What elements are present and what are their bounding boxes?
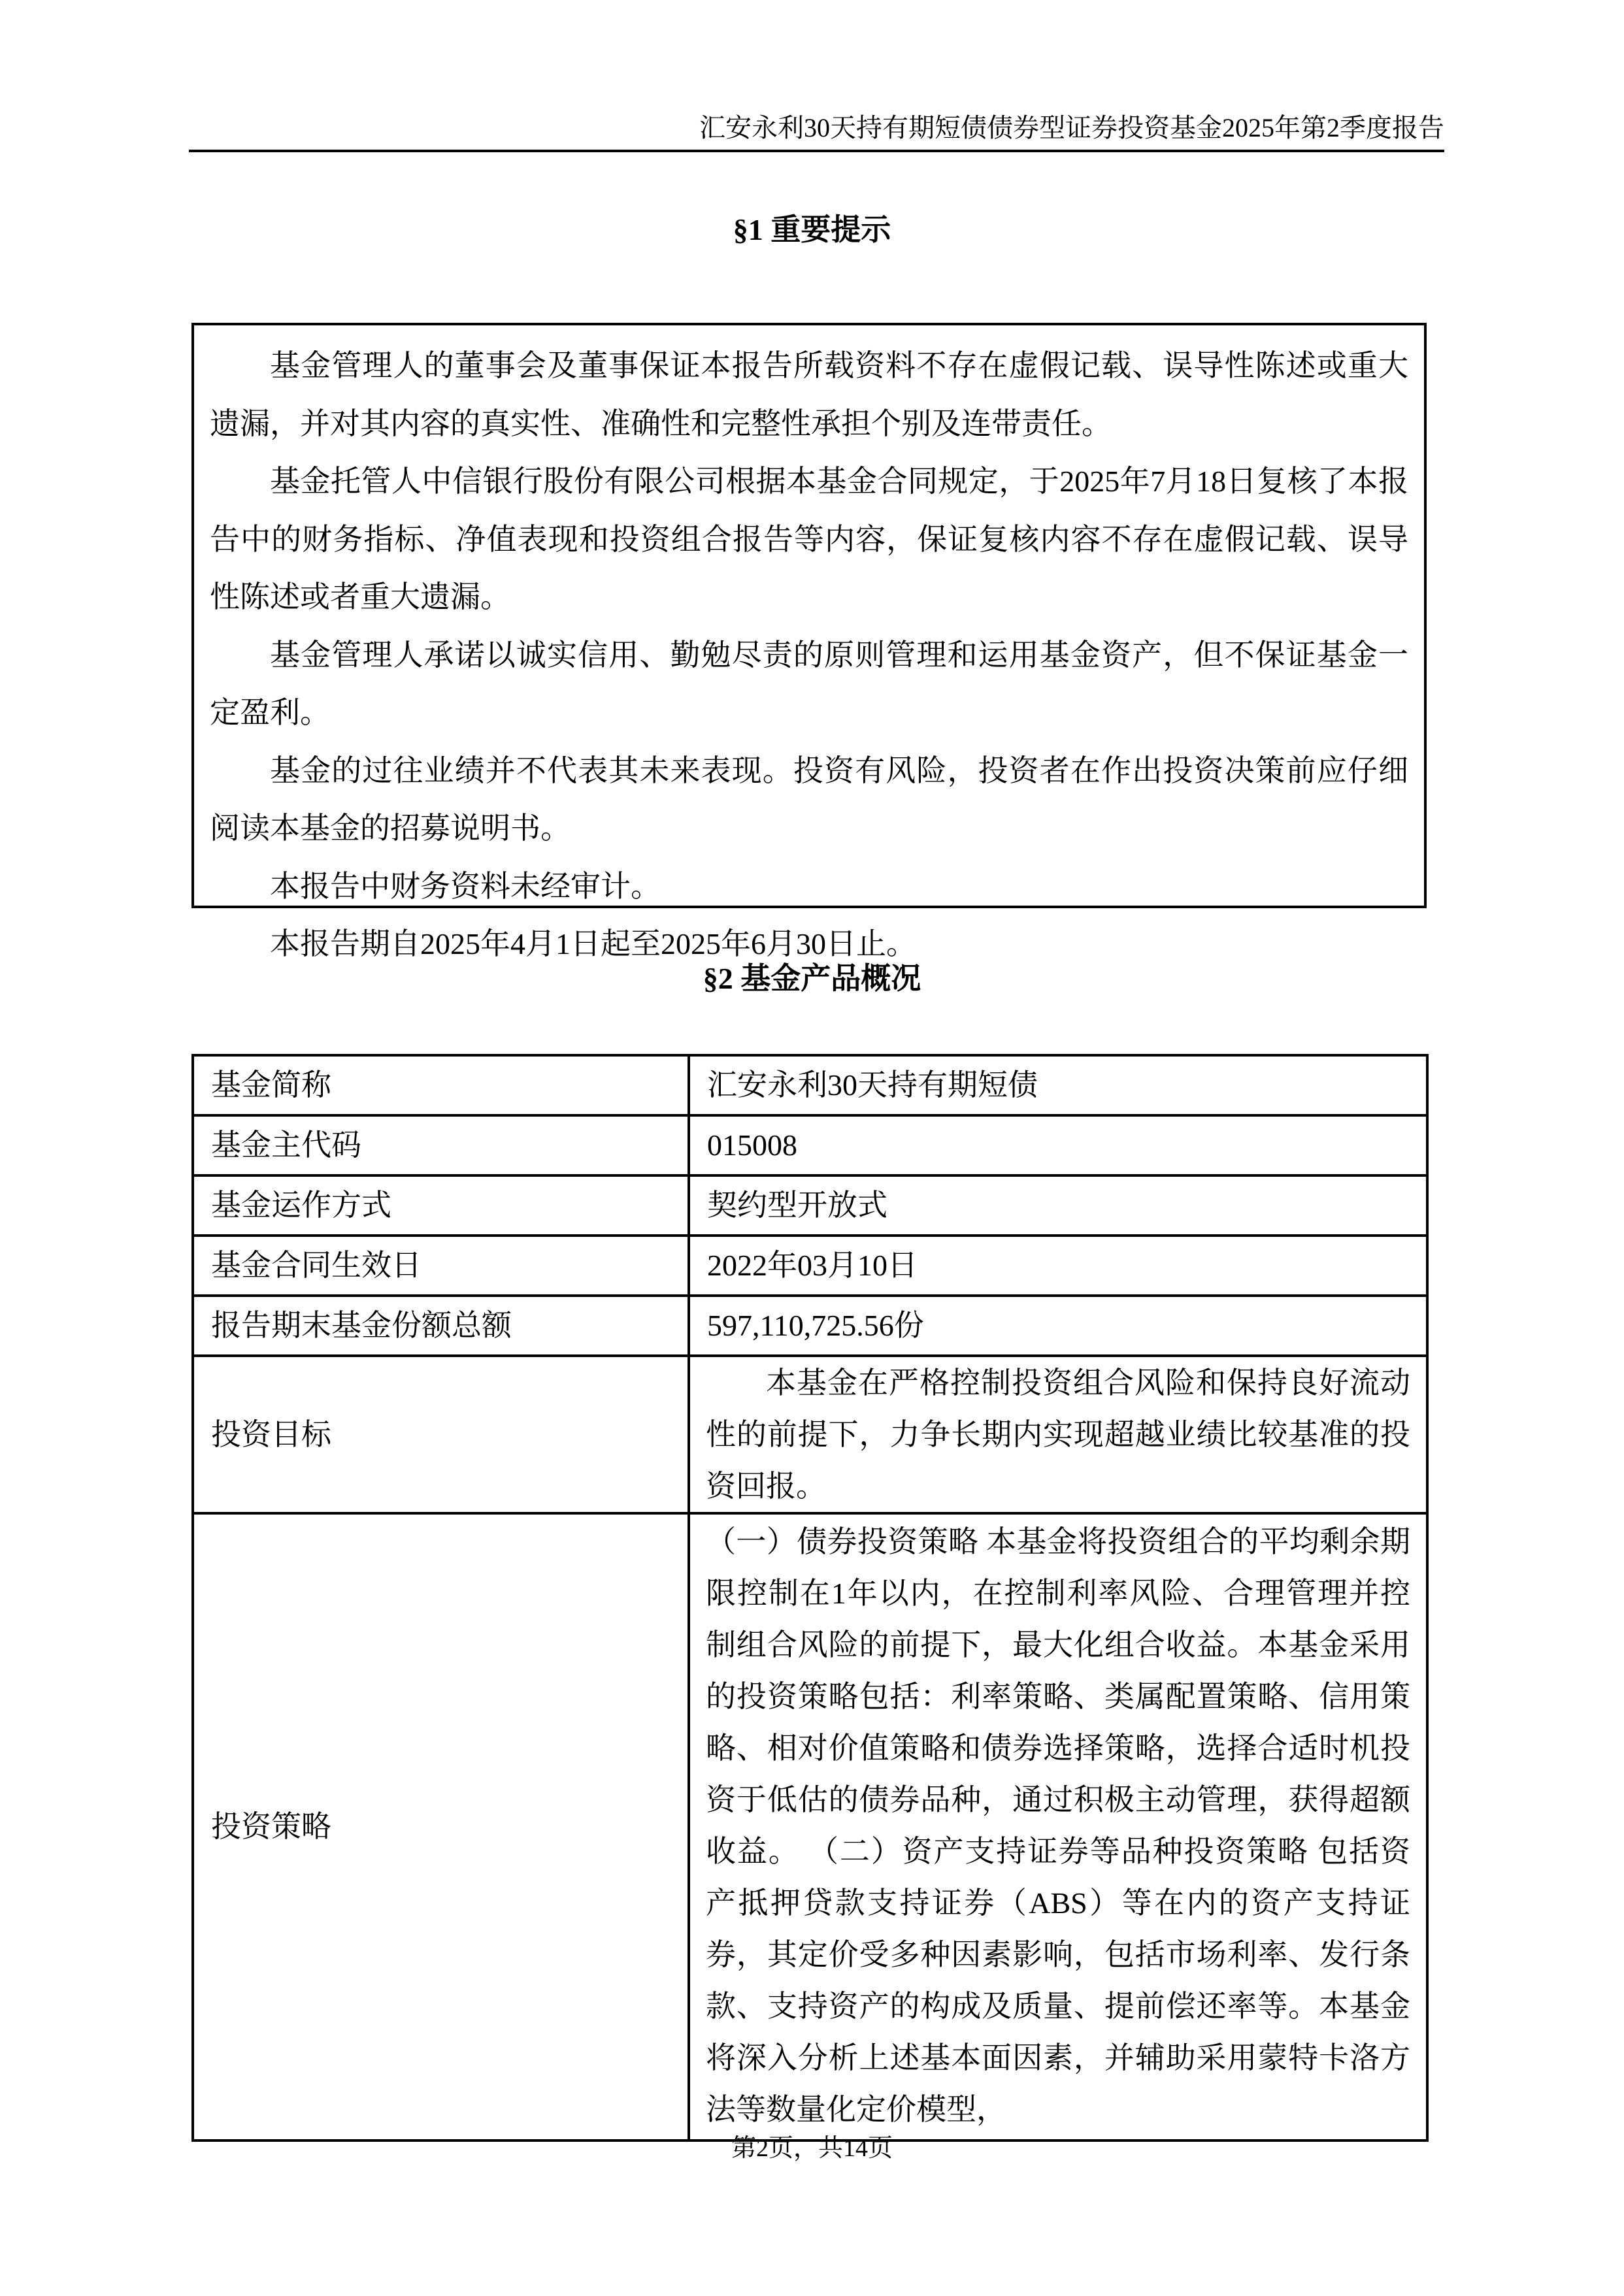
section-1-title: §1 重要提示 <box>0 210 1624 250</box>
important-notice-box: 基金管理人的董事会及董事保证本报告所载资料不存在虚假记载、误导性陈述或重大遗漏，… <box>191 323 1427 908</box>
row-value: 015008 <box>689 1115 1427 1175</box>
row-value: （一）债券投资策略 本基金将投资组合的平均剩余期限控制在1年以内，在控制利率风险… <box>689 1513 1427 2140</box>
notice-paragraph: 基金托管人中信银行股份有限公司根据本基金合同规定，于2025年7月18日复核了本… <box>210 453 1408 627</box>
fund-overview-table: 基金简称 汇安永利30天持有期短债 基金主代码 015008 基金运作方式 契约… <box>191 1054 1429 2142</box>
row-value: 汇安永利30天持有期短债 <box>689 1055 1427 1115</box>
section-2-title: §2 基金产品概况 <box>0 959 1624 998</box>
table-row: 基金合同生效日 2022年03月10日 <box>193 1236 1427 1296</box>
row-value: 本基金在严格控制投资组合风险和保持良好流动性的前提下，力争长期内实现超越业绩比较… <box>689 1356 1427 1513</box>
row-label: 基金简称 <box>193 1055 689 1115</box>
table-row: 投资目标 本基金在严格控制投资组合风险和保持良好流动性的前提下，力争长期内实现超… <box>193 1356 1427 1513</box>
table-row: 报告期末基金份额总额 597,110,725.56份 <box>193 1296 1427 1356</box>
table-row: 基金简称 汇安永利30天持有期短债 <box>193 1055 1427 1115</box>
row-value: 2022年03月10日 <box>689 1236 1427 1296</box>
row-label: 投资策略 <box>193 1513 689 2140</box>
notice-paragraph: 基金的过往业绩并不代表其未来表现。投资有风险，投资者在作出投资决策前应仔细阅读本… <box>210 742 1408 858</box>
notice-paragraph: 本报告中财务资料未经审计。 <box>210 858 1408 916</box>
header-rule <box>189 150 1444 152</box>
running-header: 汇安永利30天持有期短债债券型证券投资基金2025年第2季度报告 <box>189 110 1444 146</box>
row-label: 基金主代码 <box>193 1115 689 1175</box>
row-label: 投资目标 <box>193 1356 689 1513</box>
row-label: 基金运作方式 <box>193 1175 689 1236</box>
table-row: 基金运作方式 契约型开放式 <box>193 1175 1427 1236</box>
notice-paragraph: 基金管理人的董事会及董事保证本报告所载资料不存在虚假记载、误导性陈述或重大遗漏，… <box>210 337 1408 453</box>
table-row: 投资策略 （一）债券投资策略 本基金将投资组合的平均剩余期限控制在1年以内，在控… <box>193 1513 1427 2140</box>
notice-paragraph: 基金管理人承诺以诚实信用、勤勉尽责的原则管理和运用基金资产，但不保证基金一定盈利… <box>210 627 1408 742</box>
row-label: 基金合同生效日 <box>193 1236 689 1296</box>
page-indicator: 第2页，共14页 <box>0 2131 1624 2165</box>
row-value: 597,110,725.56份 <box>689 1296 1427 1356</box>
row-label: 报告期末基金份额总额 <box>193 1296 689 1356</box>
row-value: 契约型开放式 <box>689 1175 1427 1236</box>
table-row: 基金主代码 015008 <box>193 1115 1427 1175</box>
